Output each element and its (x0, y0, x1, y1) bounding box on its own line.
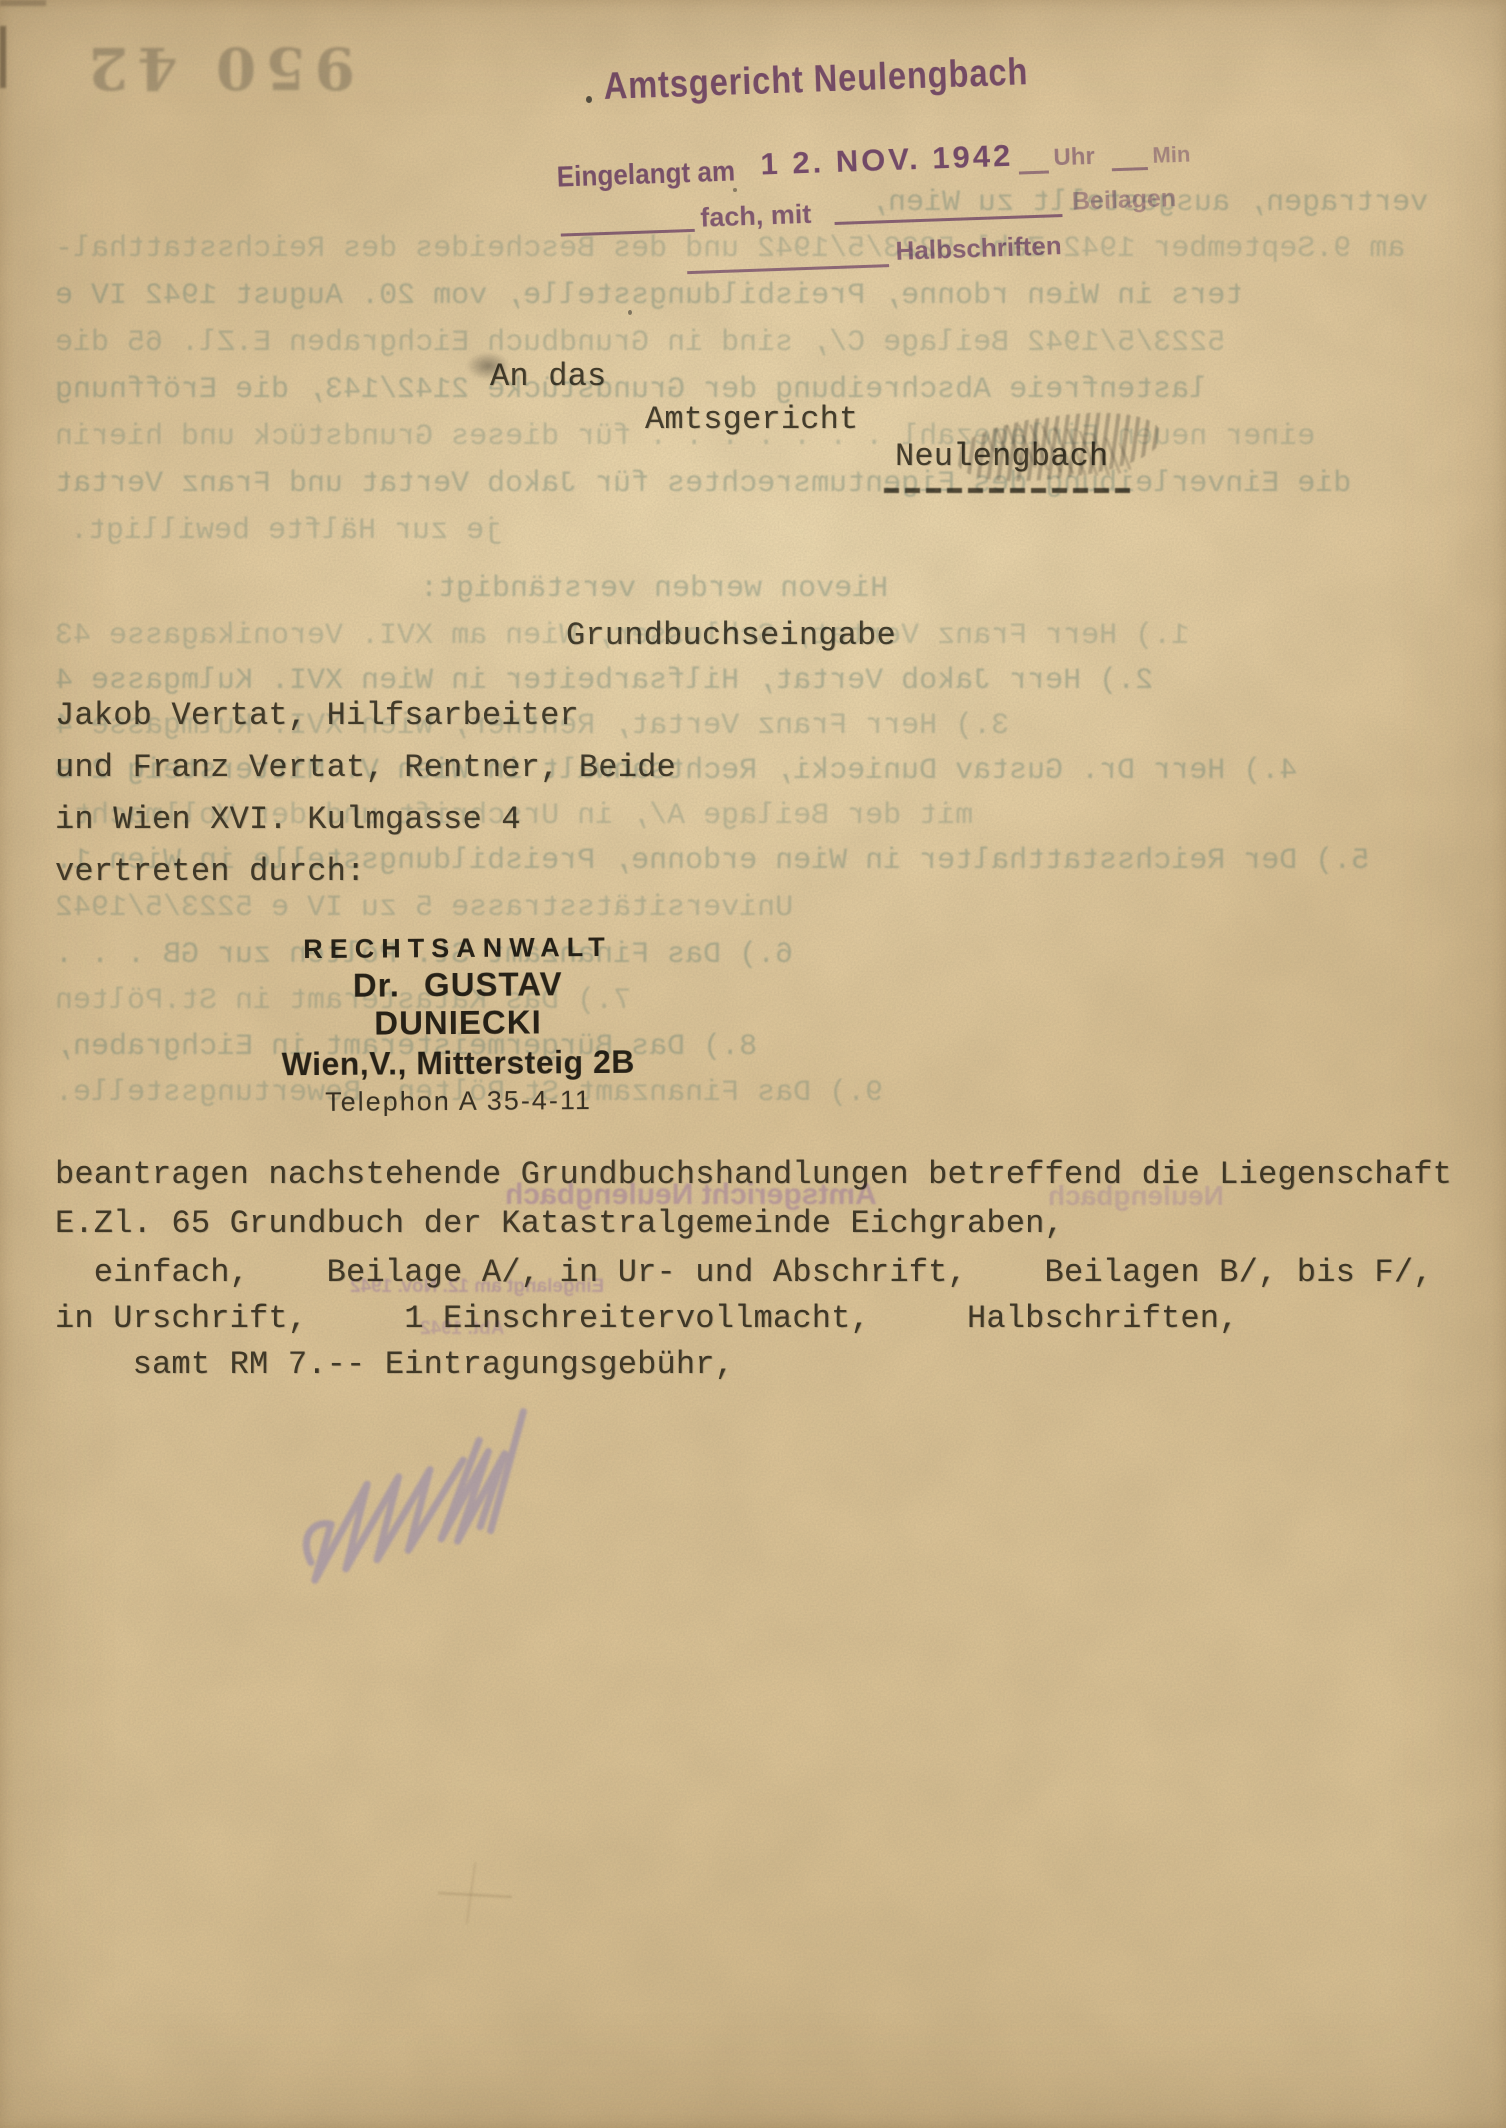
bleed-line: 2.) Herr Jakob Vertat, Hilfsarbeiter in … (55, 664, 1153, 698)
received-label: Eingelangt am (556, 155, 735, 194)
petition-line: in Urschrift, 1 Einschreitervollmacht, H… (55, 1301, 1239, 1338)
received-date-stamp: 1 2. NOV. 1942 (760, 138, 1014, 183)
applicant-line: Jakob Vertat, Hilfsarbeiter (55, 698, 579, 735)
bleed-line: die Einverleibung des Eigentumsrechtes f… (55, 467, 1351, 501)
scan-edge-shadow (0, 26, 6, 88)
fach-mit-label: fach, mit (700, 199, 812, 234)
applicant-line: in Wien XVI. Kulmgasse 4 (55, 802, 521, 839)
petition-line: E.Zl. 65 Grundbuch der Katastralgemeinde… (55, 1206, 1064, 1243)
petition-line: beantragen nachstehende Grundbuchshandlu… (55, 1157, 1452, 1194)
applicant-line: vertreten durch: (55, 854, 365, 891)
blank-line (1112, 167, 1148, 171)
ink-speck (628, 310, 632, 315)
bleed-line: Universitätsstrasse 5 zu IV e 5223/5/194… (55, 891, 793, 925)
attorney-phone: Telephon A 35-4-11 (268, 1085, 648, 1119)
paper-grain-texture (0, 0, 1506, 2128)
bleed-line: 5223/5/1942 Beilage C/, sind in Grundbuc… (55, 326, 1225, 360)
recipient-place: Neulengbach (895, 439, 1108, 476)
uhr-label: Uhr (1053, 143, 1095, 172)
attorney-rubber-stamp: RECHTSANWALT Dr. GUSTAV DUNIECKI Wien,V.… (267, 932, 648, 1119)
recipient-place-underline (884, 488, 1136, 493)
blank-line (1019, 170, 1049, 174)
beilagen-label: Beilagen (1071, 184, 1176, 217)
applicant-line: und Franz Vertat, Rentner, Beide (55, 750, 676, 787)
subject-title: Grundbuchseingabe (566, 618, 896, 655)
blank-line (835, 214, 1063, 225)
bleed-line: lastenfreie Abschreibung der Grundstücke… (55, 373, 1207, 407)
blank-line (561, 229, 695, 237)
blank-line (687, 264, 889, 274)
recipient-court: Amtsgericht (645, 402, 858, 439)
recipient-salutation: An das (490, 359, 606, 396)
paper-crease (438, 1892, 512, 1898)
handwritten-signature (266, 1359, 665, 1598)
bleed-line: je zur Hälfte bewilligt. (70, 514, 502, 548)
verso-page-number: 950 42 (55, 20, 355, 116)
bleed-line: Hievon werden verständigt: (420, 572, 888, 606)
attorney-address: Wien,V., Mittersteig 2B (268, 1044, 648, 1084)
attorney-role: RECHTSANWALT (267, 932, 647, 966)
receipt-stamp-court-name: Amtsgericht Neulengbach (603, 51, 1029, 109)
scanned-document-page: 950 42 vertragen, ausgestellt zu Wien, a… (0, 0, 1506, 2128)
attorney-name: Dr. GUSTAV DUNIECKI (268, 965, 649, 1044)
court-receipt-stamp: Amtsgericht Neulengbach Eingelangt am 1 … (545, 44, 1253, 298)
halbschriften-label: Halbschriften (895, 230, 1062, 267)
petition-line: samt RM 7.-- Eintragungsgebühr, (55, 1347, 734, 1384)
min-label: Min (1152, 142, 1191, 169)
petition-line: einfach, Beilage A/, in Ur- und Abschrif… (55, 1255, 1433, 1292)
scan-edge-shadow (0, 0, 46, 6)
